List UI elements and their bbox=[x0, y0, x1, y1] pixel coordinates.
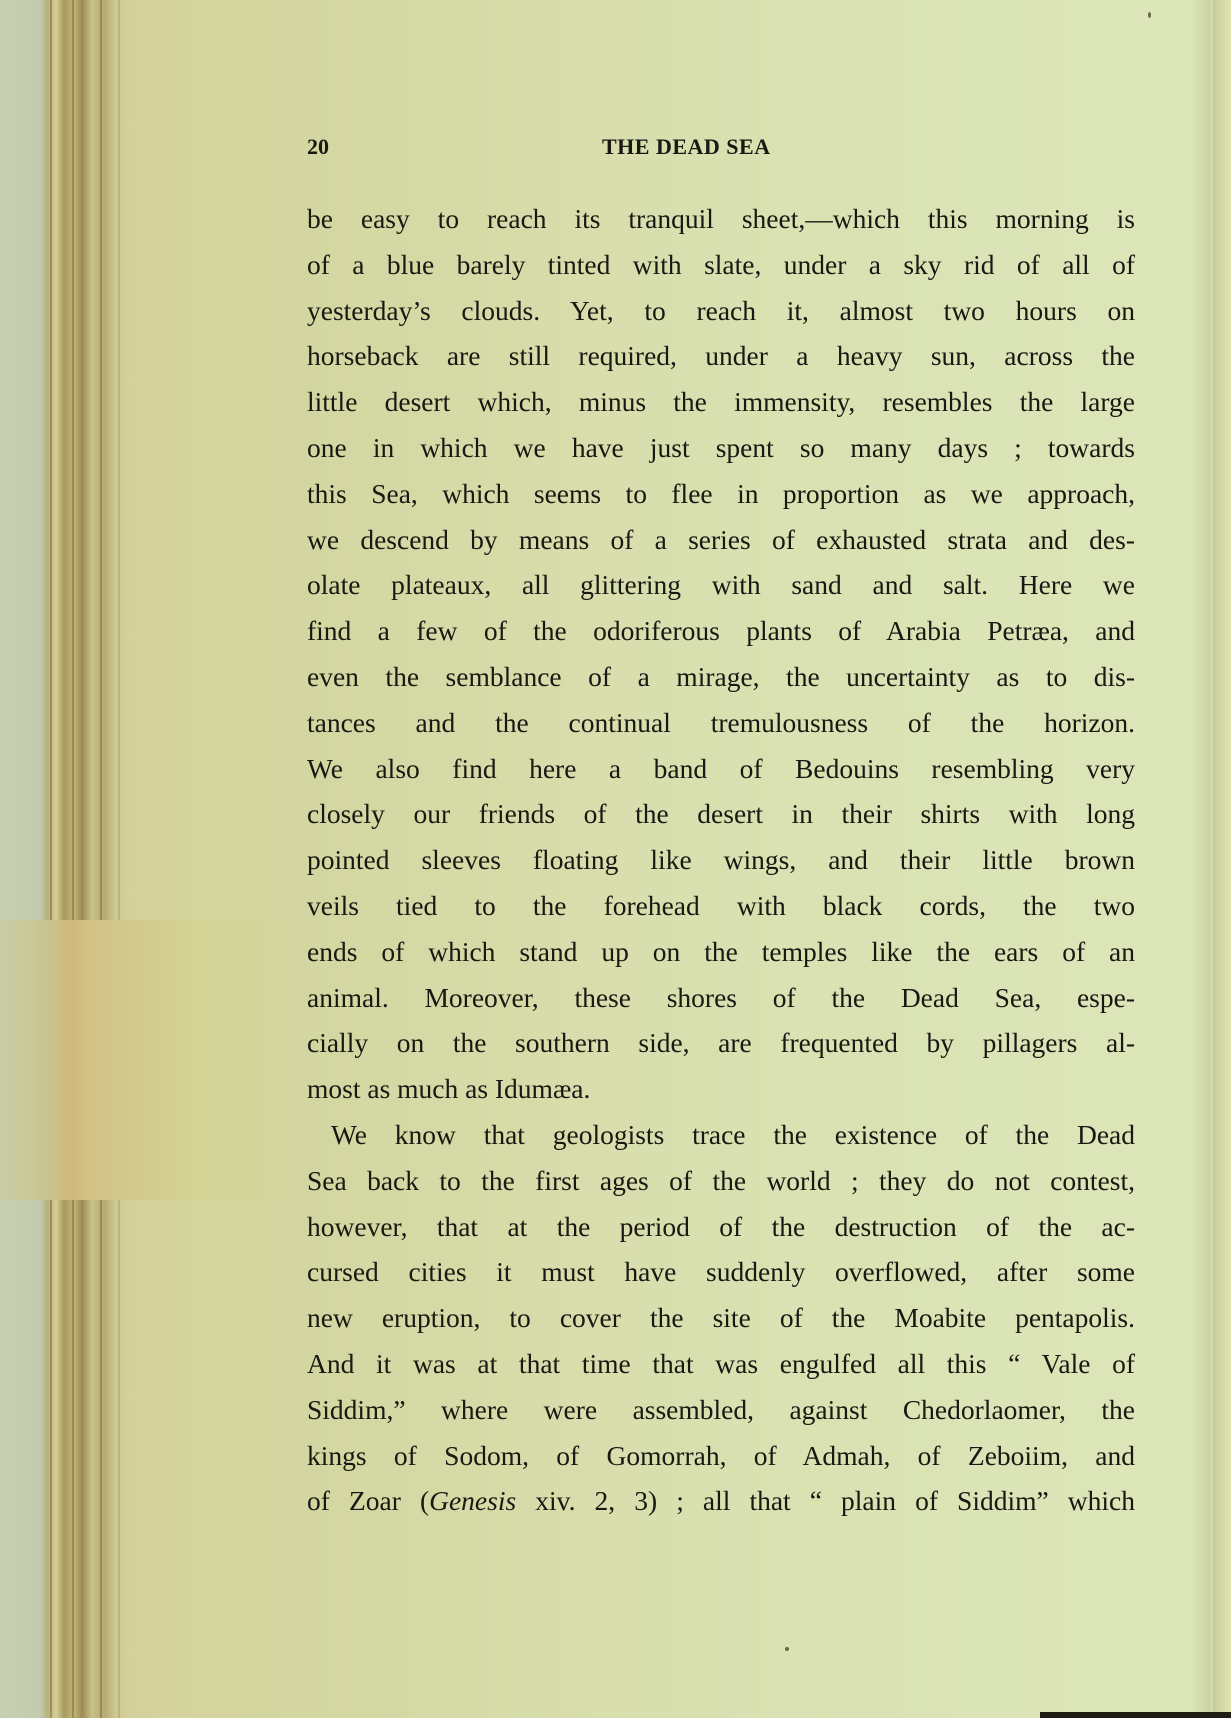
text-line: tances and the continual tremulousness o… bbox=[307, 700, 1135, 746]
page-bottom-shadow bbox=[1040, 1712, 1231, 1718]
paragraph-2: We know that geologists trace the existe… bbox=[307, 1112, 1135, 1524]
text-line: cially on the southern side, are frequen… bbox=[307, 1020, 1135, 1066]
text-line: most as much as Idumæa. bbox=[307, 1066, 1135, 1112]
text-line: new eruption, to cover the site of the M… bbox=[307, 1295, 1135, 1341]
running-header: 20 THE DEAD SEA bbox=[307, 134, 1135, 170]
binding-edge-line bbox=[100, 0, 102, 1718]
text-line: be easy to reach its tranquil sheet,—whi… bbox=[307, 196, 1135, 242]
binding-edge-line bbox=[118, 0, 120, 1718]
running-title: THE DEAD SEA bbox=[602, 134, 771, 160]
text-line: of a blue barely tinted with slate, unde… bbox=[307, 242, 1135, 288]
text-line: kings of Sodom, of Gomorrah, of Admah, o… bbox=[307, 1433, 1135, 1479]
text-line: We also find here a band of Bedouins res… bbox=[307, 746, 1135, 792]
text-line: We know that geologists trace the existe… bbox=[307, 1112, 1135, 1158]
binding-edge-line bbox=[50, 0, 52, 1718]
text-line: olate plateaux, all glittering with sand… bbox=[307, 562, 1135, 608]
text-line: And it was at that time that was engulfe… bbox=[307, 1341, 1135, 1387]
page-number: 20 bbox=[307, 134, 329, 160]
text-line: find a few of the odoriferous plants of … bbox=[307, 608, 1135, 654]
citation-book-title: Genesis bbox=[429, 1485, 516, 1516]
gutter-shading bbox=[0, 920, 300, 1200]
text-line: this Sea, which seems to flee in proport… bbox=[307, 471, 1135, 517]
text-line: horseback are still required, under a he… bbox=[307, 333, 1135, 379]
scanned-book-page: 20 THE DEAD SEA be easy to reach its tra… bbox=[0, 0, 1231, 1718]
text-line: however, that at the period of the destr… bbox=[307, 1204, 1135, 1250]
text-line-with-citation: of Zoar (Genesis xiv. 2, 3) ; all that “… bbox=[307, 1478, 1135, 1524]
scan-speck bbox=[1148, 12, 1151, 18]
text-line: animal. Moreover, these shores of the De… bbox=[307, 975, 1135, 1021]
text-line: Siddim,” where were assembled, against C… bbox=[307, 1387, 1135, 1433]
paragraph-1: be easy to reach its tranquil sheet,—whi… bbox=[307, 196, 1135, 1112]
text-line: ends of which stand up on the temples li… bbox=[307, 929, 1135, 975]
text-line: we descend by means of a series of exhau… bbox=[307, 517, 1135, 563]
body-text: be easy to reach its tranquil sheet,—whi… bbox=[307, 196, 1135, 1524]
text-line: veils tied to the forehead with black co… bbox=[307, 883, 1135, 929]
text-line: cursed cities it must have suddenly over… bbox=[307, 1249, 1135, 1295]
scan-speck bbox=[785, 1647, 789, 1651]
text-line: closely our friends of the desert in the… bbox=[307, 791, 1135, 837]
page-right-edge bbox=[1213, 0, 1231, 1718]
text-line: pointed sleeves floating like wings, and… bbox=[307, 837, 1135, 883]
binding-edge-line bbox=[72, 0, 74, 1718]
text-segment: of Zoar ( bbox=[307, 1485, 429, 1516]
text-segment: xiv. 2, 3) ; all that “ plain of Siddim”… bbox=[516, 1485, 1135, 1516]
text-line: one in which we have just spent so many … bbox=[307, 425, 1135, 471]
text-line: even the semblance of a mirage, the unce… bbox=[307, 654, 1135, 700]
text-line: yesterday’s clouds. Yet, to reach it, al… bbox=[307, 288, 1135, 334]
text-line: little desert which, minus the immensity… bbox=[307, 379, 1135, 425]
text-line: Sea back to the first ages of the world … bbox=[307, 1158, 1135, 1204]
